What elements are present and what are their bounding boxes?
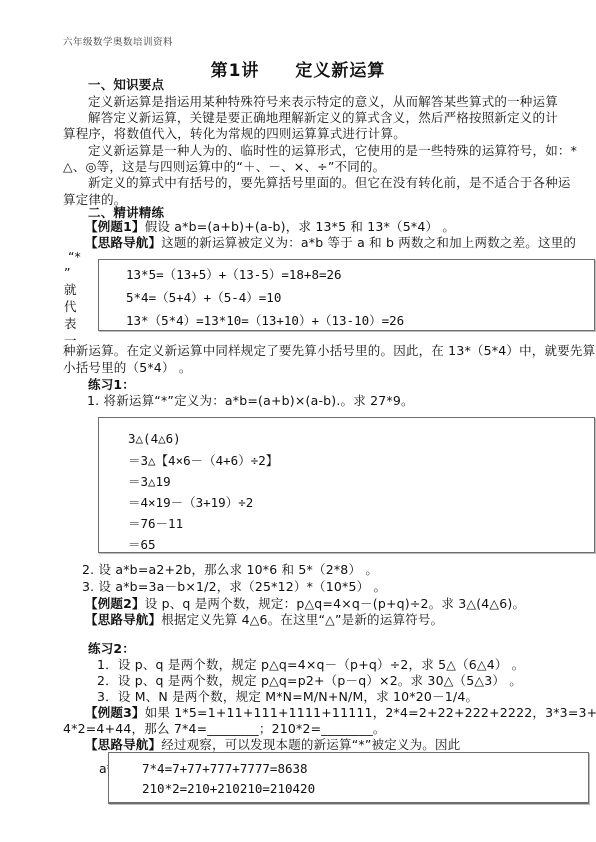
example3-problem-line2: 4*2=4+44，那么 7*4=________；210*2=________。 <box>63 722 386 736</box>
document-page: 六年级数学奥数培训资料 第1讲 定义新运算 一、知识要点 定义新运算是指运用某种… <box>0 0 596 842</box>
example1-solution-box: 13*5=（13+5）+（13-5）=18+8=26 5*4=（5+4）+（5-… <box>98 259 595 331</box>
knowledge-heading: 一、知识要点 <box>88 78 164 92</box>
example3-guide: 【思路导航】经过观察，可以发现本题的新运算“*”被定义为。因此 <box>85 738 460 752</box>
margin-char: 代 <box>64 300 77 314</box>
knowledge-line: 解答定义新运算，关键是要正确地理解新定义的算式含义，然后严格按照新定义的计 <box>88 111 558 125</box>
solution-line: ＝3△【4×6－（4+6）÷2】 <box>128 454 278 468</box>
example2-tag: 【例题2】 <box>85 596 145 611</box>
margin-char: 就 <box>64 283 77 297</box>
solution-line: ＝3△19 <box>128 475 171 489</box>
solution-line: 13*（5*4）=13*10=（13+10）+（13-10）=26 <box>126 314 404 328</box>
example1-guide-tag: 【思路导航】 <box>85 235 161 250</box>
example2-guide-tag: 【思路导航】 <box>85 612 161 627</box>
example3-guide-tag: 【思路导航】 <box>85 737 161 752</box>
solution-line: 3△(4△6) <box>128 432 181 446</box>
knowledge-line: 新定义的算式中有括号的，要先算括号里面的。但它在没有转化前，是不适合于各种运 <box>88 176 571 190</box>
exercise1-solution-box: 3△(4△6) ＝3△【4×6－（4+6）÷2】 ＝3△19 ＝4×19－（3+… <box>98 417 595 553</box>
exercise2-item-2: 2．设 p、q 是两个数，规定 p△q=p2+（p－q）×2。求 30△（5△3… <box>97 674 522 688</box>
example1-guide: 【思路导航】这题的新运算被定义为：a*b 等于 a 和 b 两数之和加上两数之差… <box>85 236 576 250</box>
exercise1-heading: 练习1： <box>88 378 135 392</box>
solution-line: 7*4=7+77+777+7777=8638 <box>142 762 308 776</box>
margin-char: 表 <box>64 317 77 331</box>
solution-line: 210*2=210+210210=210420 <box>142 782 315 796</box>
knowledge-line: △、◎等，这是与四则运算中的“＋、－、×、÷”不同的。 <box>63 160 385 174</box>
exercise2-item-3: 3．设 M、N 是两个数，规定 M*N=M/N+N/M，求 10*20－1/4。 <box>97 690 478 704</box>
example1-continuation: 种新运算。在定义新运算中同样规定了要先算小括号里的。因此，在 13*（5*4）中… <box>63 344 595 358</box>
example2-problem: 【例题2】设 p、q 是两个数，规定：p△q=4×q－(p+q)÷2。求 3△(… <box>85 597 525 611</box>
example1-problem: 【例题1】假设 a*b=(a+b)+(a-b)，求 13*5 和 13*（5*4… <box>85 220 455 234</box>
solution-line: ＝65 <box>128 538 156 552</box>
example3-solution-box: 7*4=7+77+777+7777=8638 210*2=210+210210=… <box>108 752 589 804</box>
knowledge-line: 定义新运算是指运用某种特殊符号来表示特定的意义，从而解答某些算式的一种运算 <box>88 95 558 109</box>
exercise1-item-2: 2. 设 a*b=a2+2b，那么求 10*6 和 5*（2*8） 。 <box>82 563 378 577</box>
solution-line: 5*4=（5+4）+（5-4）=10 <box>126 291 281 305</box>
margin-char: “* <box>68 250 81 264</box>
exercise1-item-3: 3. 设 a*b=3a－b×1/2，求（25*12）*（10*5） 。 <box>82 580 386 594</box>
exercise2-heading: 练习2： <box>88 642 135 656</box>
header-source-label: 六年级数学奥数培训资料 <box>63 34 173 48</box>
section2-heading: 二、精讲精练 <box>88 206 164 220</box>
example2-guide: 【思路导航】根据定义先算 4△6。在这里“△”是新的运算符号。 <box>85 613 443 627</box>
solution-line: ＝76－11 <box>128 517 183 531</box>
example3-problem-line1: 【例题3】如果 1*5=1+11+111+1111+11111，2*4=2+22… <box>85 706 596 720</box>
exercise1-item-1: 1. 将新运算“*”定义为：a*b=(a+b)×(a-b).。求 27*9。 <box>87 394 414 408</box>
margin-char: ” <box>64 266 70 280</box>
example1-continuation: 小括号里的（5*4） 。 <box>63 361 192 375</box>
knowledge-line: 算程序，将数值代入，转化为常规的四则运算算式进行计算。 <box>63 127 406 141</box>
exercise2-item-1: 1．设 p、q 是两个数，规定 p△q=4×q－（p+q）÷2，求 5△（6△4… <box>97 658 524 672</box>
example3-tag: 【例题3】 <box>85 705 145 720</box>
solution-line: 13*5=（13+5）+（13-5）=18+8=26 <box>126 268 342 282</box>
solution-line: ＝4×19－（3+19）÷2 <box>128 496 253 510</box>
example1-tag: 【例题1】 <box>85 219 145 234</box>
knowledge-line: 定义新运算是一种人为的、临时性的运算形式，它使用的是一些特殊的运算符号，如：* <box>88 144 577 158</box>
